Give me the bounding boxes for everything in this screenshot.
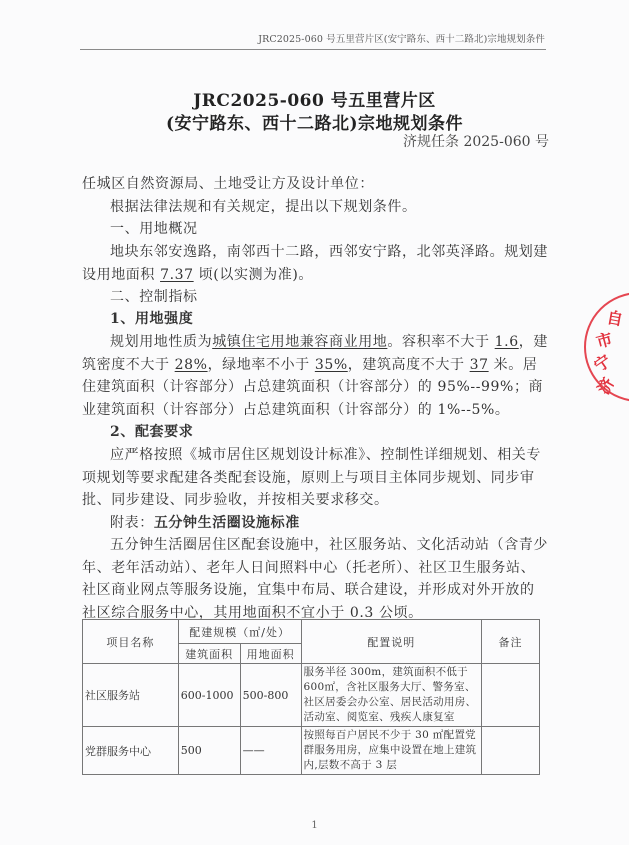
density-value: 28% — [175, 357, 208, 373]
facilities-paragraph: 应严格按照《城市居住区规划设计标准》、控制性详细规划、相关专项规划等要求配建各类… — [82, 444, 548, 512]
section1-heading: 一、用地概况 — [82, 218, 548, 241]
subsection2-heading: 2、配套要求 — [82, 421, 548, 444]
green-rate-value: 35% — [315, 357, 348, 373]
section1-text: 地块东邻安逸路，南邻西十二路，西邻安宁路，北邻英泽路。规划建设用地面积 — [82, 244, 548, 283]
appendix-heading: 附表：五分钟生活圈设施标准 — [82, 512, 548, 535]
cell-description: 服务半径 300m，建筑面积不低于 600㎡，含社区服务大厅、警务室、社区居委会… — [301, 664, 482, 727]
cell-notes — [482, 664, 540, 727]
text-segment: 规划用地性质为 — [110, 334, 212, 350]
header-description: 配置说明 — [301, 620, 482, 664]
cell-description: 按照每百户居民不少于 30 ㎡配置党群服务用房，应集中设置在地上建筑内,层数不高… — [301, 727, 482, 775]
header-building-area: 建筑面积 — [178, 644, 240, 664]
appendix-paragraph: 五分钟生活圈居住区配套设施中，社区服务站、文化活动站（含青少年、老年活动站）、老… — [82, 534, 548, 624]
cell-notes — [482, 727, 540, 775]
land-use-value: 城镇住宅用地兼容商业用地 — [212, 334, 387, 350]
section1-text-end: 顷(以实测为准)。 — [194, 267, 313, 283]
cell-building-area: 500 — [178, 727, 240, 775]
site-area-value: 7.37 — [160, 267, 194, 283]
table-row: 党群服务中心 500 —— 按照每百户居民不少于 30 ㎡配置党群服务用房，应集… — [83, 727, 540, 775]
text-segment: 。容积率不大于 — [387, 334, 494, 350]
document-number: 济规任条 2025-060 号 — [403, 131, 549, 151]
cell-land-area: 500-800 — [240, 664, 301, 727]
appendix-label: 附表： — [110, 515, 154, 531]
cell-name: 社区服务站 — [83, 664, 179, 727]
header-divider — [80, 49, 546, 50]
appendix-title: 五分钟生活圈设施标准 — [154, 515, 300, 531]
page-number: 1 — [0, 820, 629, 831]
header-land-area: 用地面积 — [240, 644, 301, 664]
cell-building-area: 600-1000 — [178, 664, 240, 727]
land-intensity-paragraph: 规划用地性质为城镇住宅用地兼容商业用地。容积率不大于 1.6，建筑密度不大于 2… — [82, 331, 548, 421]
cell-land-area: —— — [240, 727, 301, 775]
addressee: 任城区自然资源局、土地受让方及设计单位： — [82, 173, 548, 196]
text-segment: ，建筑高度不大于 — [348, 357, 470, 373]
table-header-row: 项目名称 配建规模（㎡/处） 配置说明 备注 — [83, 620, 540, 644]
header-notes: 备注 — [482, 620, 540, 664]
section2-heading: 二、控制指标 — [82, 286, 548, 309]
running-header: JRC2025-060 号五里营片区(安宁路东、西十二路北)宗地规划条件 — [0, 31, 545, 45]
facilities-table: 项目名称 配建规模（㎡/处） 配置说明 备注 建筑面积 用地面积 社区服务站 6… — [82, 619, 540, 775]
intro-paragraph: 根据法律法规和有关规定，提出以下规划条件。 — [82, 196, 548, 219]
height-value: 37 — [470, 357, 489, 373]
header-project-name: 项目名称 — [83, 620, 179, 664]
subsection1-heading: 1、用地强度 — [82, 308, 548, 331]
document-title-line1: JRC2025-060 号五里营片区 — [0, 86, 629, 111]
table-row: 社区服务站 600-1000 500-800 服务半径 300m，建筑面积不低于… — [83, 664, 540, 727]
section1-paragraph: 地块东邻安逸路，南邻西十二路，西邻安宁路，北邻英泽路。规划建设用地面积 7.37… — [82, 241, 548, 286]
cell-name: 党群服务中心 — [83, 727, 179, 775]
far-value: 1.6 — [495, 334, 519, 350]
text-segment: ，绿地率不小于 — [208, 357, 315, 373]
header-scale: 配建规模（㎡/处） — [178, 620, 301, 644]
